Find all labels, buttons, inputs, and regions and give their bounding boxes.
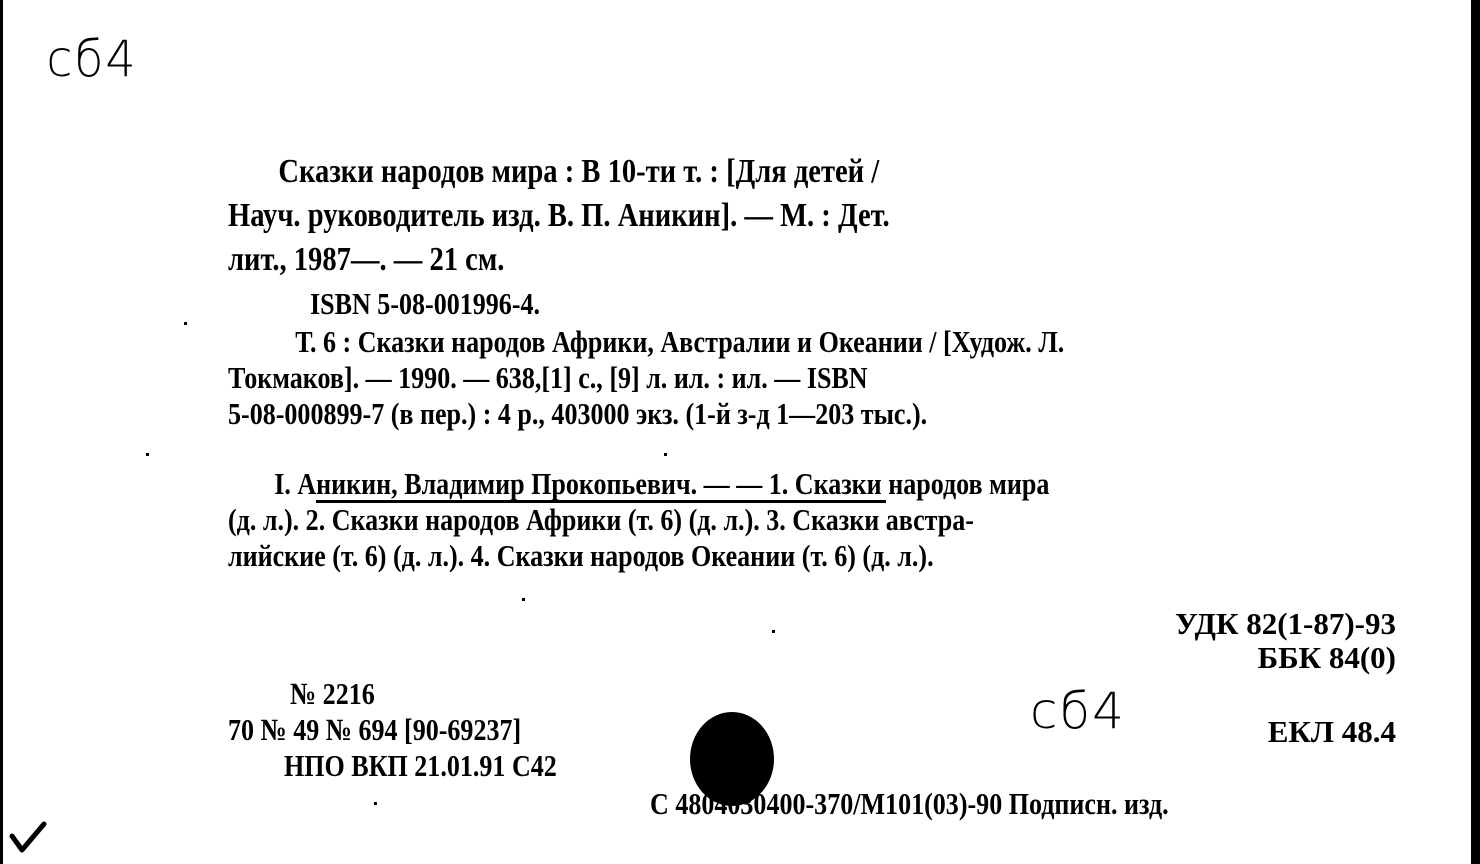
volume-line-1: Т. 6 : Сказки народов Африки, Австралии … [228,324,1064,360]
tracing-line-1: I. Аникин, Владимир Прокопьевич. — — 1. … [228,466,1049,502]
handwritten-shelfmark-top: сб4 [46,30,137,88]
scan-speck [184,322,187,325]
handwritten-shelfmark-mid: сб4 [1030,682,1126,740]
handwritten-underline [316,500,886,503]
order-number: № 2216 [290,676,375,712]
tracing-line-3: лийские (т. 6) (д. л.). 4. Сказки народо… [228,538,1049,574]
bbk-code: ББК 84(0) [1258,640,1396,676]
volume-description: Т. 6 : Сказки народов Африки, Австралии … [228,324,1064,432]
scan-right-border [1471,0,1480,864]
udk-code: УДК 82(1-87)-93 [1175,606,1396,642]
scan-speck [522,598,525,601]
volume-line-3: 5-08-000899-7 (в пер.) : 4 р., 403000 эк… [228,396,1064,432]
ink-blot [690,712,774,806]
npo-line: НПО ВКП 21.01.91 С42 [284,748,557,784]
title: Сказки народов мира [278,153,557,190]
scan-speck [374,802,377,805]
isbn-set: ISBN 5-08-001996-4. [310,286,540,322]
scan-speck [146,453,149,456]
scan-left-border [0,0,3,864]
main-entry-line-1: Сказки народов мира : В 10-ти т. : [Для … [228,150,890,194]
ekl-code: ЕКЛ 48.4 [1268,714,1396,750]
checkmark-icon [8,820,48,860]
volume-line-2: Токмаков]. — 1990. — 638,[1] с., [9] л. … [228,360,1064,396]
tracing-line-2: (д. л.). 2. Сказки народов Африки (т. 6)… [228,502,1049,538]
main-entry-line-3: лит., 1987—. — 21 см. [228,238,890,282]
order-line: 70 № 49 № 694 [90-69237] [228,712,521,748]
scan-speck [664,453,667,456]
scan-speck [772,630,775,633]
main-entry: Сказки народов мира : В 10-ти т. : [Для … [228,150,890,282]
tracings: I. Аникин, Владимир Прокопьевич. — — 1. … [228,466,1049,574]
main-entry-line-2: Науч. руководитель изд. В. П. Аникин]. —… [228,194,890,238]
